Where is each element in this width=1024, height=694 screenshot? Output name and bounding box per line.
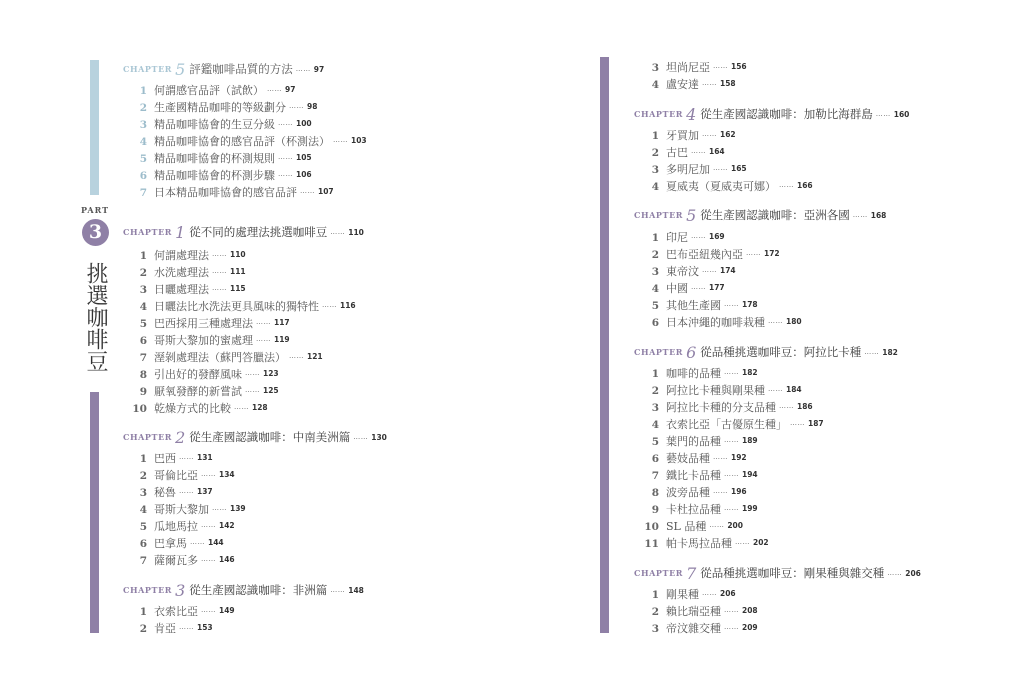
- page-number: 206: [720, 589, 736, 598]
- item-number: 10: [127, 401, 147, 418]
- toc-item[interactable]: 7鐵比卡品種……194: [639, 465, 758, 482]
- toc-item[interactable]: 1印尼……169: [639, 227, 725, 244]
- leader-dots: ……: [289, 352, 304, 360]
- item-title: 日曬法比水洗法更具風味的獨特性: [154, 300, 319, 313]
- page-number: 110: [230, 250, 246, 259]
- part-label: PART: [72, 205, 118, 215]
- leader-dots: ……: [245, 369, 260, 377]
- chapter-number: 1: [175, 223, 185, 242]
- toc-item[interactable]: 6巴拿馬……144: [127, 533, 224, 550]
- toc-item[interactable]: 3坦尚尼亞……156: [639, 57, 747, 74]
- page-number: 199: [742, 504, 758, 513]
- page-number: 208: [742, 606, 758, 615]
- page-number: 107: [318, 187, 334, 196]
- page-number: 172: [764, 249, 780, 258]
- chapter-heading[interactable]: CHAPTER4從生產國認識咖啡：加勒比海群島……160: [634, 105, 909, 122]
- leader-dots: ……: [713, 62, 728, 70]
- toc-item[interactable]: 10SL 品種……200: [639, 516, 743, 533]
- chapter-title: 從生產國認識咖啡：亞洲各國: [700, 208, 850, 222]
- item-title: 藝妓品種: [666, 452, 710, 465]
- leader-dots: ……: [853, 211, 868, 219]
- toc-item[interactable]: 3日曬處理法……115: [127, 279, 246, 296]
- leader-dots: ……: [256, 335, 271, 343]
- toc-item[interactable]: 5精品咖啡協會的杯測規則……105: [127, 148, 312, 165]
- leader-dots: ……: [724, 606, 739, 614]
- page-number: 206: [905, 569, 921, 578]
- item-title: SL 品種: [666, 520, 706, 533]
- leader-dots: ……: [330, 586, 345, 594]
- item-title: 咖啡的品種: [666, 367, 721, 380]
- item-title: 波旁品種: [666, 486, 710, 499]
- leader-dots: ……: [724, 300, 739, 308]
- item-title: 溼剝處理法（蘇門答臘法）: [154, 351, 286, 364]
- chapter-label: CHAPTER: [634, 109, 683, 119]
- item-title: 牙買加: [666, 129, 699, 142]
- right-page: 3坦尚尼亞……156 4盧安達……158 CHAPTER4從生產國認識咖啡：加勒…: [512, 0, 1024, 694]
- toc-item[interactable]: 4盧安達……158: [639, 74, 736, 91]
- leader-dots: ……: [201, 521, 216, 529]
- chapter-number: 6: [686, 343, 696, 362]
- item-title: 阿拉比卡種的分支品種: [666, 401, 776, 414]
- toc-item[interactable]: 9卡杜拉品種……199: [639, 499, 758, 516]
- chapter-title: 從生產國認識咖啡：中南美洲篇: [189, 430, 350, 444]
- item-title: 哥斯大黎加: [154, 503, 209, 516]
- chapter-title: 從生產國認識咖啡：非洲篇: [189, 583, 327, 597]
- page-number: 209: [742, 623, 758, 632]
- page-number: 115: [230, 284, 246, 293]
- leader-dots: ……: [201, 555, 216, 563]
- item-number: 7: [127, 553, 147, 570]
- leader-dots: ……: [713, 453, 728, 461]
- chapter-label: CHAPTER: [123, 432, 172, 442]
- leader-dots: ……: [300, 187, 315, 195]
- page-number: 194: [742, 470, 758, 479]
- chapter-title: 評鑑咖啡品質的方法: [189, 62, 293, 76]
- page-number: 117: [274, 318, 290, 327]
- toc-item[interactable]: 2肯亞……153: [127, 618, 213, 635]
- page-number: 169: [709, 232, 725, 241]
- toc-item[interactable]: 1何謂處理法……110: [127, 245, 246, 262]
- item-title: 日本沖繩的咖啡栽種: [666, 316, 765, 329]
- item-title: 剛果種: [666, 588, 699, 601]
- leader-dots: ……: [702, 266, 717, 274]
- item-title: 瓜地馬拉: [154, 520, 198, 533]
- item-title: 盧安達: [666, 78, 699, 91]
- chapter-title: 從生產國認識咖啡：加勒比海群島: [700, 107, 873, 121]
- item-title: 何謂感官品評（試飲）: [154, 84, 264, 97]
- chapter-number: 4: [686, 105, 696, 124]
- toc-item[interactable]: 4衣索比亞「古優原生種」……187: [639, 414, 824, 431]
- item-title: 夏威夷（夏威夷可娜）: [666, 180, 776, 193]
- toc-item[interactable]: 5葉門的品種……189: [639, 431, 758, 448]
- leader-dots: ……: [691, 147, 706, 155]
- page-number: 105: [296, 153, 312, 162]
- page-number: 200: [727, 521, 743, 530]
- chapter-label: CHAPTER: [634, 347, 683, 357]
- item-title: 日本精品咖啡協會的感官品評: [154, 186, 297, 199]
- item-title: 哥斯大黎加的蜜處理: [154, 334, 253, 347]
- chapter-heading[interactable]: CHAPTER2從生產國認識咖啡：中南美洲篇……130: [123, 428, 387, 445]
- leader-dots: ……: [212, 284, 227, 292]
- chapter-number: 5: [686, 206, 696, 225]
- page-number: 160: [894, 110, 910, 119]
- item-title: 引出好的發酵風味: [154, 368, 242, 381]
- item-title: 葉門的品種: [666, 435, 721, 448]
- page-number: 174: [720, 266, 736, 275]
- page-number: 182: [742, 368, 758, 377]
- page-number: 153: [197, 623, 213, 632]
- chapter-label: CHAPTER: [123, 64, 172, 74]
- item-title: 卡杜拉品種: [666, 503, 721, 516]
- leader-dots: ……: [234, 403, 249, 411]
- item-title: 其他生產國: [666, 299, 721, 312]
- page-number: 180: [786, 317, 802, 326]
- leader-dots: ……: [724, 368, 739, 376]
- page-number: 187: [808, 419, 824, 428]
- item-title: 秘魯: [154, 486, 176, 499]
- part-badge: PART 3: [72, 205, 118, 257]
- leader-dots: ……: [724, 470, 739, 478]
- item-number: 7: [127, 185, 147, 202]
- leader-dots: ……: [876, 110, 891, 118]
- page-number: 156: [731, 62, 747, 71]
- leader-dots: ……: [201, 606, 216, 614]
- toc-item[interactable]: 7溼剝處理法（蘇門答臘法）……121: [127, 347, 323, 364]
- toc-item[interactable]: 5巴西採用三種處理法……117: [127, 313, 290, 330]
- item-title: 古巴: [666, 146, 688, 159]
- leader-dots: ……: [790, 419, 805, 427]
- leader-dots: ……: [212, 250, 227, 258]
- toc-item[interactable]: 8波旁品種……196: [639, 482, 747, 499]
- leader-dots: ……: [267, 85, 282, 93]
- leader-dots: ……: [779, 181, 794, 189]
- leader-dots: ……: [724, 623, 739, 631]
- page-number: 186: [797, 402, 813, 411]
- toc-item[interactable]: 11帕卡馬拉品種……202: [639, 533, 769, 550]
- toc-item[interactable]: 1何謂感官品評（試飲）……97: [127, 80, 295, 97]
- leader-dots: ……: [702, 130, 717, 138]
- item-title: 衣索比亞: [154, 605, 198, 618]
- page-number: 111: [230, 267, 246, 276]
- page-number: 196: [731, 487, 747, 496]
- item-title: 日曬處理法: [154, 283, 209, 296]
- chapter-heading[interactable]: CHAPTER1從不同的處理法挑選咖啡豆……110: [123, 223, 364, 240]
- toc-item[interactable]: 7薩爾瓦多……146: [127, 550, 235, 567]
- previous-part-bar: [90, 60, 99, 195]
- item-title: 鐵比卡品種: [666, 469, 721, 482]
- chapter-heading[interactable]: CHAPTER6從品種挑選咖啡豆：阿拉比卡種……182: [634, 343, 898, 360]
- chapter-heading[interactable]: CHAPTER5從生產國認識咖啡：亞洲各國……168: [634, 206, 886, 223]
- item-number: 4: [639, 179, 659, 196]
- left-page: PART 3 挑選咖啡豆 CHAPTER5評鑑咖啡品質的方法……97 1何謂感官…: [0, 0, 512, 694]
- item-title: 肯亞: [154, 622, 176, 635]
- toc-item[interactable]: 5其他生產國……178: [639, 295, 758, 312]
- item-title: 厭氧發酵的新嘗試: [154, 385, 242, 398]
- leader-dots: ……: [691, 232, 706, 240]
- item-number: 4: [639, 77, 659, 94]
- toc-item[interactable]: 2古巴……164: [639, 142, 725, 159]
- toc-item[interactable]: 2哥倫比亞……134: [127, 465, 235, 482]
- toc-item[interactable]: 4哥斯大黎加……139: [127, 499, 246, 516]
- item-title: 中國: [666, 282, 688, 295]
- item-number: 3: [639, 621, 659, 638]
- toc-item[interactable]: 3東帝汶……174: [639, 261, 736, 278]
- leader-dots: ……: [746, 249, 761, 257]
- chapter-label: CHAPTER: [634, 568, 683, 578]
- item-title: 巴布亞紐幾內亞: [666, 248, 743, 261]
- chapter-heading[interactable]: CHAPTER7從品種挑選咖啡豆：剛果種與雜交種……206: [634, 564, 921, 581]
- item-title: 薩爾瓦多: [154, 554, 198, 567]
- item-title: 水洗處理法: [154, 266, 209, 279]
- part-title: 挑選咖啡豆: [78, 262, 108, 372]
- leader-dots: ……: [702, 589, 717, 597]
- toc-item[interactable]: 6哥斯大黎加的蜜處理……119: [127, 330, 290, 347]
- page-number: 116: [340, 301, 356, 310]
- page-number: 162: [720, 130, 736, 139]
- leader-dots: ……: [779, 402, 794, 410]
- toc-item[interactable]: 1剛果種……206: [639, 584, 736, 601]
- leader-dots: ……: [190, 538, 205, 546]
- leader-dots: ……: [709, 521, 724, 529]
- page-number: 134: [219, 470, 235, 479]
- leader-dots: ……: [735, 538, 750, 546]
- leader-dots: ……: [768, 385, 783, 393]
- leader-dots: ……: [713, 164, 728, 172]
- leader-dots: ……: [330, 228, 345, 236]
- page-number: 130: [371, 433, 387, 442]
- item-title: 乾燥方式的比較: [154, 402, 231, 415]
- item-number: 6: [639, 315, 659, 332]
- leader-dots: ……: [887, 569, 902, 577]
- toc-item[interactable]: 6日本沖繩的咖啡栽種……180: [639, 312, 802, 329]
- page-number: 149: [219, 606, 235, 615]
- chapter-number: 2: [175, 428, 185, 447]
- page-number: 178: [742, 300, 758, 309]
- item-title: 多明尼加: [666, 163, 710, 176]
- toc-item[interactable]: 9厭氧發酵的新嘗試……125: [127, 381, 279, 398]
- toc-item[interactable]: 4中國……177: [639, 278, 725, 295]
- toc-item[interactable]: 2水洗處理法……111: [127, 262, 246, 279]
- leader-dots: ……: [212, 267, 227, 275]
- item-title: 巴拿馬: [154, 537, 187, 550]
- page-number: 97: [285, 85, 295, 94]
- item-title: 坦尚尼亞: [666, 61, 710, 74]
- page-number: 100: [296, 119, 312, 128]
- item-title: 生產國精品咖啡的等級劃分: [154, 101, 286, 114]
- toc-item[interactable]: 4精品咖啡協會的感官品評（杯測法）……103: [127, 131, 367, 148]
- page-number: 131: [197, 453, 213, 462]
- item-title: 帝汶雜交種: [666, 622, 721, 635]
- leader-dots: ……: [864, 348, 879, 356]
- page-number: 121: [307, 352, 323, 361]
- item-title: 阿拉比卡種與剛果種: [666, 384, 765, 397]
- toc-item[interactable]: 4日曬法比水洗法更具風味的獨特性……116: [127, 296, 356, 313]
- leader-dots: ……: [278, 170, 293, 178]
- toc-item[interactable]: 2生產國精品咖啡的等級劃分……98: [127, 97, 317, 114]
- page-number: 202: [753, 538, 769, 547]
- toc-item[interactable]: 10乾燥方式的比較……128: [127, 398, 268, 415]
- toc-item[interactable]: 1巴西……131: [127, 448, 213, 465]
- toc-item[interactable]: 6藝妓品種……192: [639, 448, 747, 465]
- toc-item[interactable]: 6精品咖啡協會的杯測步驟……106: [127, 165, 312, 182]
- leader-dots: ……: [322, 301, 337, 309]
- part-bar: [600, 57, 609, 633]
- page-number: 97: [314, 65, 324, 74]
- item-title: 帕卡馬拉品種: [666, 537, 732, 550]
- leader-dots: ……: [353, 433, 368, 441]
- item-title: 何謂處理法: [154, 249, 209, 262]
- page-number: 103: [351, 136, 367, 145]
- toc-item[interactable]: 7日本精品咖啡協會的感官品評……107: [127, 182, 334, 199]
- toc-item[interactable]: 2巴布亞紐幾內亞……172: [639, 244, 780, 261]
- page-number: 166: [797, 181, 813, 190]
- chapter-number: 5: [175, 60, 185, 79]
- leader-dots: ……: [289, 102, 304, 110]
- leader-dots: ……: [278, 153, 293, 161]
- page-number: 146: [219, 555, 235, 564]
- toc-item[interactable]: 3秘魯……137: [127, 482, 213, 499]
- leader-dots: ……: [179, 487, 194, 495]
- leader-dots: ……: [179, 623, 194, 631]
- toc-item[interactable]: 1衣索比亞……149: [127, 601, 235, 618]
- page-number: 128: [252, 403, 268, 412]
- page-number: 137: [197, 487, 213, 496]
- toc-item[interactable]: 3精品咖啡協會的生豆分級……100: [127, 114, 312, 131]
- item-title: 巴西: [154, 452, 176, 465]
- page-number: 125: [263, 386, 279, 395]
- leader-dots: ……: [768, 317, 783, 325]
- page-number: 148: [348, 586, 364, 595]
- part-bar: [90, 392, 99, 633]
- item-title: 印尼: [666, 231, 688, 244]
- page-number: 110: [348, 228, 364, 237]
- chapter-label: CHAPTER: [123, 227, 172, 237]
- page-number: 139: [230, 504, 246, 513]
- page-number: 164: [709, 147, 725, 156]
- page-number: 142: [219, 521, 235, 530]
- toc-item[interactable]: 3帝汶雜交種……209: [639, 618, 758, 635]
- page-number: 158: [720, 79, 736, 88]
- toc-item[interactable]: 2賴比瑞亞種……208: [639, 601, 758, 618]
- page-number: 119: [274, 335, 290, 344]
- chapter-title: 從不同的處理法挑選咖啡豆: [189, 225, 327, 239]
- chapter-title: 從品種挑選咖啡豆：剛果種與雜交種: [700, 566, 884, 580]
- toc-item[interactable]: 5瓜地馬拉……142: [127, 516, 235, 533]
- leader-dots: ……: [245, 386, 260, 394]
- chapter-heading[interactable]: CHAPTER3從生產國認識咖啡：非洲篇……148: [123, 581, 364, 598]
- page-number: 182: [882, 348, 898, 357]
- chapter-number: 7: [686, 564, 696, 583]
- page-number: 165: [731, 164, 747, 173]
- toc-item[interactable]: 3阿拉比卡種的分支品種……186: [639, 397, 813, 414]
- page-number: 177: [709, 283, 725, 292]
- chapter-label: CHAPTER: [123, 585, 172, 595]
- page-number: 106: [296, 170, 312, 179]
- leader-dots: ……: [333, 136, 348, 144]
- leader-dots: ……: [724, 504, 739, 512]
- item-title: 衣索比亞「古優原生種」: [666, 418, 787, 431]
- item-number: 11: [639, 536, 659, 553]
- leader-dots: ……: [179, 453, 194, 461]
- leader-dots: ……: [702, 79, 717, 87]
- item-title: 精品咖啡協會的杯測步驟: [154, 169, 275, 182]
- leader-dots: ……: [256, 318, 271, 326]
- toc-item[interactable]: 3多明尼加……165: [639, 159, 747, 176]
- leader-dots: ……: [713, 487, 728, 495]
- page-number: 98: [307, 102, 317, 111]
- leader-dots: ……: [212, 504, 227, 512]
- toc-item[interactable]: 4夏威夷（夏威夷可娜）……166: [639, 176, 813, 193]
- page-number: 168: [871, 211, 887, 220]
- item-title: 東帝汶: [666, 265, 699, 278]
- chapter-title: 從品種挑選咖啡豆：阿拉比卡種: [700, 345, 861, 359]
- item-title: 精品咖啡協會的杯測規則: [154, 152, 275, 165]
- item-title: 哥倫比亞: [154, 469, 198, 482]
- item-title: 賴比瑞亞種: [666, 605, 721, 618]
- chapter-label: CHAPTER: [634, 210, 683, 220]
- chapter-heading[interactable]: CHAPTER5評鑑咖啡品質的方法……97: [123, 60, 324, 77]
- leader-dots: ……: [724, 436, 739, 444]
- toc-item[interactable]: 2阿拉比卡種與剛果種……184: [639, 380, 802, 397]
- page-number: 144: [208, 538, 224, 547]
- leader-dots: ……: [296, 65, 311, 73]
- toc-item[interactable]: 1牙買加……162: [639, 125, 736, 142]
- toc-item[interactable]: 1咖啡的品種……182: [639, 363, 758, 380]
- item-title: 精品咖啡協會的生豆分級: [154, 118, 275, 131]
- leader-dots: ……: [691, 283, 706, 291]
- part-number: 3: [82, 219, 109, 246]
- toc-item[interactable]: 8引出好的發酵風味……123: [127, 364, 279, 381]
- page-number: 189: [742, 436, 758, 445]
- leader-dots: ……: [278, 119, 293, 127]
- leader-dots: ……: [201, 470, 216, 478]
- page-number: 184: [786, 385, 802, 394]
- page-number: 123: [263, 369, 279, 378]
- chapter-number: 3: [175, 581, 185, 600]
- item-title: 精品咖啡協會的感官品評（杯測法）: [154, 135, 330, 148]
- page-number: 192: [731, 453, 747, 462]
- item-number: 2: [127, 621, 147, 638]
- item-title: 巴西採用三種處理法: [154, 317, 253, 330]
